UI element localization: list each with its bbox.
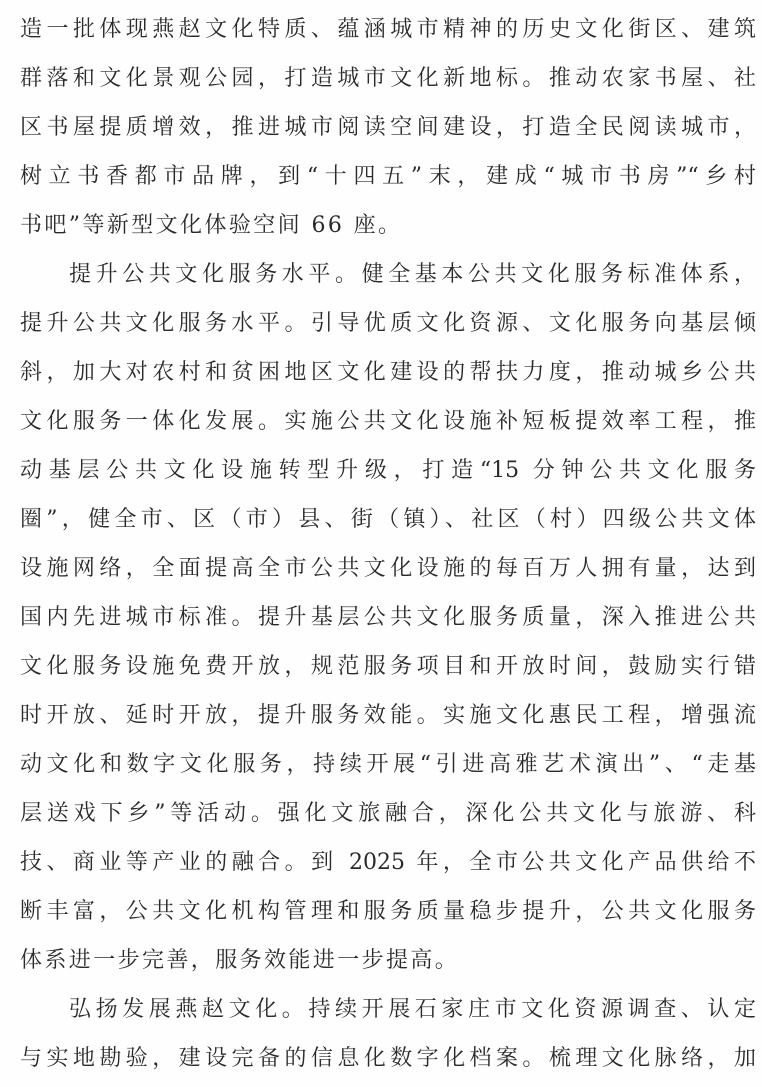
text-line: 技、商业等产业的融合。到 2025 年，全市公共文化产品供给不: [20, 848, 756, 878]
paragraph-heading-line: 提升公共文化服务水平。健全基本公共文化服务标准体系，: [69, 260, 756, 290]
text-line: 时开放、延时开放，提升服务效能。实施文化惠民工程，增强流: [20, 701, 756, 731]
text-line: 文化服务设施免费开放，规范服务项目和开放时间，鼓励实行错: [20, 652, 756, 682]
text-line: 与实地勘验，建设完备的信息化数字化档案。梳理文化脉络，加: [20, 1044, 756, 1074]
paragraph-heading-line: 弘扬发展燕赵文化。持续开展石家庄市文化资源调查、认定: [69, 995, 756, 1025]
text-line: 提升公共文化服务水平。引导优质文化资源、文化服务向基层倾: [20, 309, 756, 339]
text-line: 层送戏下乡”等活动。强化文旅融合，深化公共文化与旅游、科: [20, 799, 756, 829]
text-line: 造一批体现燕赵文化特质、蕴涵城市精神的历史文化街区、建筑: [20, 15, 756, 45]
text-line: 设施网络，全面提高全市公共文化设施的每百万人拥有量，达到: [20, 554, 756, 584]
text-line: 斜，加大对农村和贫困地区文化建设的帮扶力度，推动城乡公共: [20, 358, 756, 388]
text-line: 断丰富，公共文化机构管理和服务质量稳步提升，公共文化服务: [20, 897, 756, 927]
document-page: 造一批体现燕赵文化特质、蕴涵城市精神的历史文化街区、建筑 群落和文化景观公园，打…: [0, 0, 762, 1087]
text-line: 动文化和数字文化服务，持续开展“引进高雅艺术演出”、“走基: [20, 750, 756, 780]
text-line: 书吧”等新型文化体验空间 66 座。: [20, 211, 756, 241]
text-line: 圈”，健全市、区（市）县、街（镇）、社区（村）四级公共文体: [20, 505, 756, 535]
text-line: 树立书香都市品牌，到“十四五”末，建成“城市书房”“乡村: [20, 162, 756, 192]
text-line: 群落和文化景观公园，打造城市文化新地标。推动农家书屋、社: [20, 64, 756, 94]
text-line: 体系进一步完善，服务效能进一步提高。: [20, 946, 756, 976]
text-line: 文化服务一体化发展。实施公共文化设施补短板提效率工程，推: [20, 407, 756, 437]
text-line: 区书屋提质增效，推进城市阅读空间建设，打造全民阅读城市，: [20, 113, 756, 143]
text-line: 国内先进城市标准。提升基层公共文化服务质量，深入推进公共: [20, 603, 756, 633]
text-line: 动基层公共文化设施转型升级，打造“15 分钟公共文化服务: [20, 456, 756, 486]
